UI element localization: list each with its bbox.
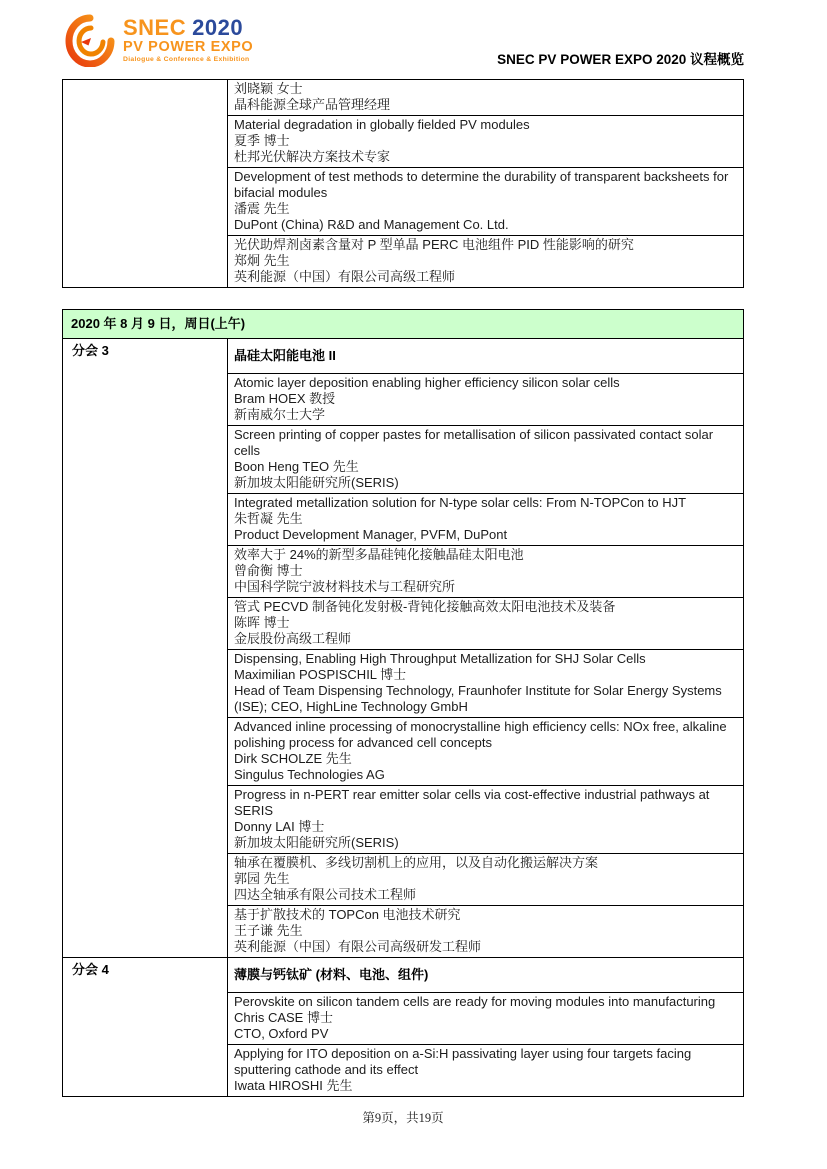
continuation-table-rows: 刘晓颖 女士晶科能源全球产品管理经理Material degradation i…	[228, 80, 743, 287]
talk-speaker: Chris CASE 博士	[234, 1010, 737, 1026]
session-title: 薄膜与钙钛矿 (材料、电池、组件)	[228, 958, 743, 993]
talk-speaker: 刘晓颖 女士	[234, 81, 737, 97]
talk-speaker: 郑炯 先生	[234, 253, 737, 269]
talk-title: Advanced inline processing of monocrysta…	[234, 719, 737, 751]
talk-speaker: Maximilian POSPISCHIL 博士	[234, 667, 737, 683]
talk-title: Progress in n-PERT rear emitter solar ce…	[234, 787, 737, 819]
talk-title: 效率大于 24%的新型多晶硅钝化接触晶硅太阳电池	[234, 547, 737, 563]
page-header-title: SNEC PV POWER EXPO 2020 议程概览	[497, 52, 744, 68]
snec-swirl-icon	[64, 13, 116, 67]
sessions-container: 分会 3晶硅太阳能电池 IIAtomic layer deposition en…	[63, 339, 743, 1096]
talk-affiliation: 金辰股份高级工程师	[234, 631, 737, 647]
logo-name: SNEC	[123, 15, 186, 40]
talk-affiliation: DuPont (China) R&D and Management Co. Lt…	[234, 217, 737, 233]
talk-title: Atomic layer deposition enabling higher …	[234, 375, 737, 391]
session-title: 晶硅太阳能电池 II	[228, 339, 743, 374]
table-gap	[62, 288, 744, 309]
page-content: 刘晓颖 女士晶科能源全球产品管理经理Material degradation i…	[62, 79, 744, 1097]
talk-title: 光伏助焊剂卤素含量对 P 型单晶 PERC 电池组件 PID 性能影响的研究	[234, 237, 737, 253]
logo-subtitle: PV POWER EXPO	[123, 39, 253, 55]
talk-speaker: 郭园 先生	[234, 871, 737, 887]
continuation-table: 刘晓颖 女士晶科能源全球产品管理经理Material degradation i…	[62, 79, 744, 288]
date-header: 2020 年 8 月 9 日，周日(上午)	[63, 310, 743, 339]
talk-speaker: 朱哲凝 先生	[234, 511, 737, 527]
logo-tagline: Dialogue & Conference & Exhibition	[123, 55, 253, 64]
talk-affiliation: 中国科学院宁波材料技术与工程研究所	[234, 579, 737, 595]
talk-row: Atomic layer deposition enabling higher …	[228, 374, 743, 425]
page-number: 第9页，共19页	[62, 1110, 744, 1126]
talk-row: Perovskite on silicon tandem cells are r…	[228, 993, 743, 1044]
talk-speaker: Bram HOEX 教授	[234, 391, 737, 407]
talk-title: 基于扩散技术的 TOPCon 电池技术研究	[234, 907, 737, 923]
talk-speaker: 曾俞衡 博士	[234, 563, 737, 579]
talk-row: 光伏助焊剂卤素含量对 P 型单晶 PERC 电池组件 PID 性能影响的研究郑炯…	[228, 235, 743, 287]
talk-speaker: Iwata HIROSHI 先生	[234, 1078, 737, 1094]
document-page: SNEC2020 PV POWER EXPO Dialogue & Confer…	[0, 0, 827, 1169]
talk-speaker: Dirk SCHOLZE 先生	[234, 751, 737, 767]
talk-speaker: 王子谦 先生	[234, 923, 737, 939]
talk-speaker: 夏季 博士	[234, 133, 737, 149]
talk-affiliation: Head of Team Dispensing Technology, Frau…	[234, 683, 737, 715]
logo-title: SNEC2020	[123, 16, 253, 39]
schedule-table: 2020 年 8 月 9 日，周日(上午) 分会 3晶硅太阳能电池 IIAtom…	[62, 309, 744, 1097]
talk-affiliation: 新加坡太阳能研究所(SERIS)	[234, 835, 737, 851]
talk-title: Perovskite on silicon tandem cells are r…	[234, 994, 737, 1010]
talk-row: Screen printing of copper pastes for met…	[228, 425, 743, 493]
talk-affiliation: CTO, Oxford PV	[234, 1026, 737, 1042]
talk-title: 轴承在覆膜机、多线切割机上的应用，以及自动化搬运解决方案	[234, 855, 737, 871]
talk-affiliation: 新南威尔士大学	[234, 407, 737, 423]
talk-affiliation: 英利能源（中国）有限公司高级研发工程师	[234, 939, 737, 955]
talk-title: Dispensing, Enabling High Throughput Met…	[234, 651, 737, 667]
talk-title: Development of test methods to determine…	[234, 169, 737, 201]
session-talks: 晶硅太阳能电池 IIAtomic layer deposition enabli…	[228, 339, 743, 957]
talk-affiliation: 新加坡太阳能研究所(SERIS)	[234, 475, 737, 491]
talk-row: Development of test methods to determine…	[228, 167, 743, 235]
talk-row: 刘晓颖 女士晶科能源全球产品管理经理	[228, 80, 743, 115]
talk-title: Integrated metallization solution for N-…	[234, 495, 737, 511]
talk-speaker: 潘震 先生	[234, 201, 737, 217]
talk-title: Screen printing of copper pastes for met…	[234, 427, 737, 459]
talk-speaker: Donny LAI 博士	[234, 819, 737, 835]
talk-row: 效率大于 24%的新型多晶硅钝化接触晶硅太阳电池曾俞衡 博士中国科学院宁波材料技…	[228, 545, 743, 597]
talk-affiliation: 晶科能源全球产品管理经理	[234, 97, 737, 113]
talk-row: Advanced inline processing of monocrysta…	[228, 717, 743, 785]
talk-affiliation: Singulus Technologies AG	[234, 767, 737, 783]
session-block: 分会 3晶硅太阳能电池 IIAtomic layer deposition en…	[63, 339, 743, 957]
talk-row: Applying for ITO deposition on a-Si:H pa…	[228, 1044, 743, 1096]
talk-row: Integrated metallization solution for N-…	[228, 493, 743, 545]
continuation-table-left-cell	[63, 80, 228, 287]
talk-title: Applying for ITO deposition on a-Si:H pa…	[234, 1046, 737, 1078]
talk-affiliation: 杜邦光伏解决方案技术专家	[234, 149, 737, 165]
talk-row: 基于扩散技术的 TOPCon 电池技术研究王子谦 先生英利能源（中国）有限公司高…	[228, 905, 743, 957]
logo-year: 2020	[192, 15, 243, 40]
talk-affiliation: Product Development Manager, PVFM, DuPon…	[234, 527, 737, 543]
logo-text: SNEC2020 PV POWER EXPO Dialogue & Confer…	[123, 16, 253, 64]
session-label: 分会 4	[63, 958, 228, 1096]
talk-row: Material degradation in globally fielded…	[228, 115, 743, 167]
talk-row: 轴承在覆膜机、多线切割机上的应用，以及自动化搬运解决方案郭园 先生四达全轴承有限…	[228, 853, 743, 905]
talk-affiliation: 英利能源（中国）有限公司高级工程师	[234, 269, 737, 285]
talk-row: 管式 PECVD 制备钝化发射极-背钝化接触高效太阳电池技术及装备陈晖 博士金辰…	[228, 597, 743, 649]
session-label: 分会 3	[63, 339, 228, 957]
talk-affiliation: 四达全轴承有限公司技术工程师	[234, 887, 737, 903]
talk-title: Material degradation in globally fielded…	[234, 117, 737, 133]
talk-row: Dispensing, Enabling High Throughput Met…	[228, 649, 743, 717]
talk-row: Progress in n-PERT rear emitter solar ce…	[228, 785, 743, 853]
session-talks: 薄膜与钙钛矿 (材料、电池、组件)Perovskite on silicon t…	[228, 958, 743, 1096]
snec-logo: SNEC2020 PV POWER EXPO Dialogue & Confer…	[64, 13, 253, 67]
talk-speaker: Boon Heng TEO 先生	[234, 459, 737, 475]
talk-speaker: 陈晖 博士	[234, 615, 737, 631]
session-block: 分会 4薄膜与钙钛矿 (材料、电池、组件)Perovskite on silic…	[63, 957, 743, 1096]
talk-title: 管式 PECVD 制备钝化发射极-背钝化接触高效太阳电池技术及装备	[234, 599, 737, 615]
